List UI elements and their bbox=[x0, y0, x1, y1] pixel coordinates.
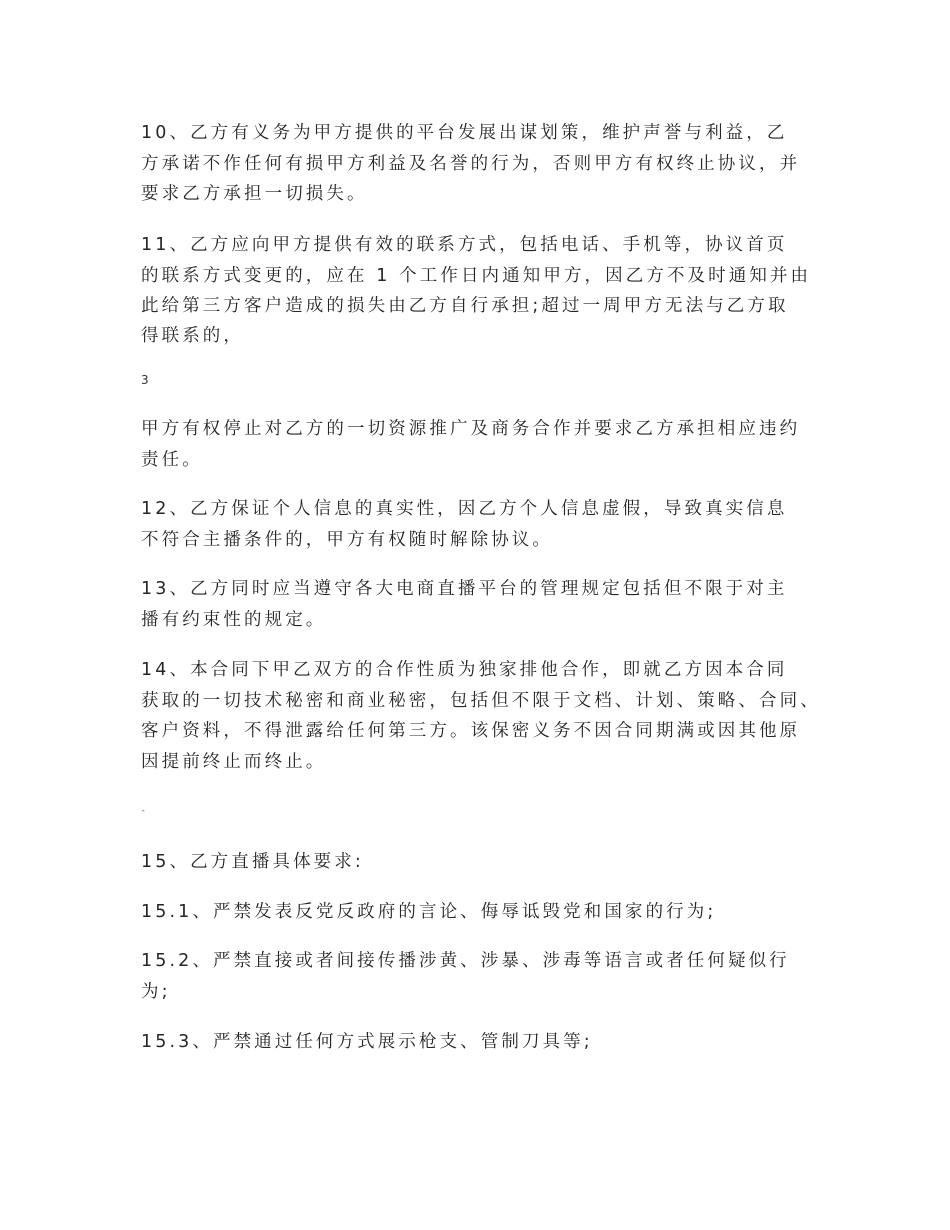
paragraph-11-cont-line-1: 甲方有权停止对乙方的一切资源推广及商务合作并要求乙方承担相应违约 bbox=[141, 418, 800, 440]
paragraph-11-line-4: 得联系的， bbox=[141, 325, 244, 347]
paragraph-11-line-2: 的联系方式变更的，应在 1 个工作日内通知甲方，因乙方不及时通知并由 bbox=[141, 265, 811, 287]
paragraph-15-1-line-1: 15.1、严禁发表反党反政府的言论、侮辱诋毁党和国家的行为; bbox=[141, 901, 716, 923]
paragraph-13-line-1: 13、乙方同时应当遵守各大电商直播平台的管理规定包括但不限于对主 bbox=[141, 578, 787, 600]
paragraph-10-line-2: 方承诺不作任何有损甲方利益及名誉的行为，否则甲方有权终止协议，并 bbox=[141, 153, 800, 175]
paragraph-11-line-1: 11、乙方应向甲方提供有效的联系方式，包括电话、手机等，协议首页 bbox=[141, 234, 787, 256]
page-number: 3 bbox=[141, 373, 149, 387]
paragraph-10-line-1: 10、乙方有义务为甲方提供的平台发展出谋划策，维护声誉与利益，乙 bbox=[141, 122, 787, 144]
paragraph-14-line-4: 因提前终止而终止。 bbox=[141, 751, 326, 773]
paragraph-12-line-1: 12、乙方保证个人信息的真实性，因乙方个人信息虚假，导致真实信息 bbox=[141, 498, 787, 520]
paragraph-15-line-1: 15、乙方直播具体要求: bbox=[141, 851, 364, 873]
paragraph-15-2-line-1: 15.2、严禁直接或者间接传播涉黄、涉暴、涉毒等语言或者任何疑似行 bbox=[141, 950, 790, 972]
paragraph-13-line-2: 播有约束性的规定。 bbox=[141, 609, 326, 631]
paragraph-14-line-2: 获取的一切技术秘密和商业秘密，包括但不限于文档、计划、策略、合同、 bbox=[141, 690, 821, 712]
paragraph-10-line-3: 要求乙方承担一切损失。 bbox=[141, 183, 368, 205]
paragraph-14-line-3: 客户资料，不得泄露给任何第三方。该保密义务不因合同期满或因其他原 bbox=[141, 720, 800, 742]
paragraph-15-2-line-2: 为; bbox=[141, 981, 171, 1003]
paragraph-11-line-3: 此给第三方客户造成的损失由乙方自行承担;超过一周甲方无法与乙方取 bbox=[141, 295, 789, 317]
paragraph-12-line-2: 不符合主播条件的，甲方有权随时解除协议。 bbox=[141, 529, 553, 551]
paragraph-11-cont-line-2: 责任。 bbox=[141, 449, 203, 471]
paragraph-15-3-line-1: 15.3、严禁通过任何方式展示枪支、管制刀具等; bbox=[141, 1031, 593, 1053]
paragraph-14-line-1: 14、本合同下甲乙双方的合作性质为独家排他合作，即就乙方因本合同 bbox=[141, 659, 787, 681]
caret-mark: ˆ bbox=[141, 810, 146, 820]
